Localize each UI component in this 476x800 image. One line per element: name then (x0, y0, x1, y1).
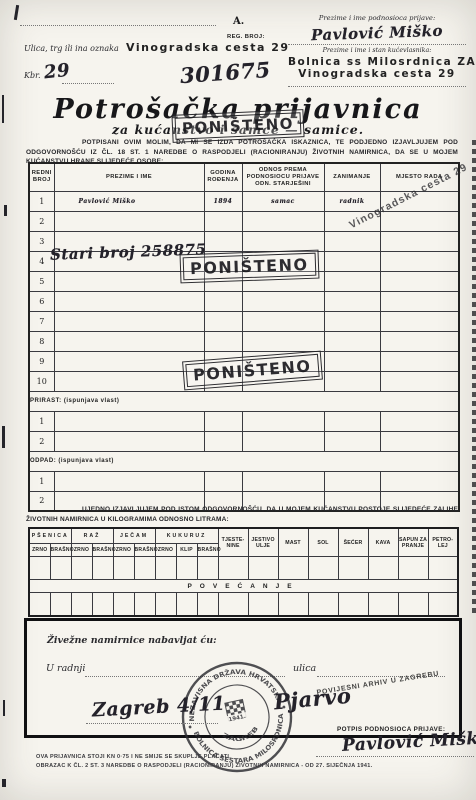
person-cell-year (204, 211, 242, 231)
odpad-row-num: 1 (29, 471, 54, 491)
person-cell-occupation (324, 331, 380, 351)
scan-artifact (3, 700, 5, 716)
supply-value-cell (92, 593, 113, 617)
supply-col-label: SOL (308, 528, 338, 557)
blank-line (20, 24, 216, 26)
person-cell-name: Pavlović Miško (54, 191, 204, 211)
scan-artifact (2, 779, 6, 787)
supply-value-cell (29, 557, 50, 580)
landlord-stamp-line2: Vinogradska cesta 29 (288, 68, 466, 80)
person-cell-num: 2 (29, 211, 54, 231)
street-label: Ulica, trg ili ina oznaka (24, 44, 119, 53)
scan-artifact (14, 5, 19, 20)
prirast-row: 1 (29, 411, 459, 431)
person-cell-workplace (380, 291, 459, 311)
person-cell-num: 8 (29, 331, 54, 351)
empty-cell (242, 431, 324, 451)
supply-value-cell (113, 557, 134, 580)
col-redni-broj: REDNI BROJ (29, 163, 54, 191)
scan-artifact (4, 205, 7, 216)
person-cell-occupation (324, 351, 380, 371)
supply-value-cell (176, 593, 197, 617)
supply-value-cell (368, 593, 398, 617)
stamp-dot (188, 725, 191, 728)
ulica-label: ulica (293, 663, 316, 674)
person-cell-year (204, 311, 242, 331)
kbr-label: Kbr. (24, 71, 41, 80)
supply-value-cell (278, 557, 308, 580)
person-cell-name (54, 211, 204, 231)
supply-value-cell (218, 593, 248, 617)
form-letter: A. (233, 16, 244, 27)
person-cell-occupation (324, 371, 380, 391)
person-cell-relation (242, 311, 324, 331)
supply-subcol-label: ZRNO (155, 544, 176, 557)
person-cell-workplace (380, 231, 459, 251)
empty-cell (380, 431, 459, 451)
odpad-label: ODPAD: (ispunjava vlast) (29, 451, 459, 471)
person-cell-workplace (380, 211, 459, 231)
person-cell-workplace (380, 331, 459, 351)
supply-value-cell (176, 557, 197, 580)
supply-subcol-label: ZRNO (71, 544, 92, 557)
person-cell-occupation (324, 251, 380, 271)
person-cell-relation (242, 331, 324, 351)
supply-value-cell (248, 593, 278, 617)
scan-artifact (2, 426, 5, 448)
person-cell-occupation (324, 271, 380, 291)
landlord-stamp-line1: Bolnica ss Milosrdnica ZAGREB (288, 56, 466, 68)
footer-note-2: OBRAZAC K ČL. 2 ST. 3 NAREDBE O RASPODJE… (36, 763, 372, 769)
supply-col-label: PETRO-LEJ (428, 528, 458, 557)
person-cell-name (54, 371, 204, 391)
person-row-8: 8 (29, 331, 459, 351)
supply-value-cell (428, 557, 458, 580)
empty-cell (204, 411, 242, 431)
person-cell-relation (242, 291, 324, 311)
person-cell-occupation (324, 311, 380, 331)
person-cell-year (204, 291, 242, 311)
col-odnos: ODNOS PREMA PODNOSIOCU PRIJAVE ODN. STAR… (242, 163, 324, 191)
supply-col-label: SAPUN ZA PRANJE (398, 528, 428, 557)
empty-cell (324, 411, 380, 431)
supply-value-cell (71, 593, 92, 617)
povecanje-label: POVEĆANJE (29, 580, 458, 593)
col-zanimanje: ZANIMANJE (324, 163, 380, 191)
supply-value-cell (50, 557, 71, 580)
prirast-label: PRIRAST: (ispunjava vlast) (29, 391, 459, 411)
supply-subcol-label: ZRNO (113, 544, 134, 557)
supply-value-cell (29, 593, 50, 617)
person-cell-name (54, 311, 204, 331)
person-cell-num: 9 (29, 351, 54, 371)
supply-value-cell (428, 593, 458, 617)
blank-line (288, 85, 466, 87)
supply-col-label: MAST (278, 528, 308, 557)
person-cell-name (54, 331, 204, 351)
odpad-band: ODPAD: (ispunjava vlast) (29, 451, 459, 471)
supply-value-cell (398, 593, 428, 617)
person-cell-num: 5 (29, 271, 54, 291)
footer-note-1: OVA PRIJAVNICA STOJI KN 0·75 I NE SMIJE … (36, 754, 231, 760)
person-cell-num: 10 (29, 371, 54, 391)
supply-value-cell (248, 557, 278, 580)
empty-cell (380, 471, 459, 491)
reg-broj-handwritten: 301675 (179, 57, 271, 88)
supply-col-label: RAŽ (71, 528, 113, 544)
supply-value-cell (113, 593, 134, 617)
supply-value-cell (71, 557, 92, 580)
prirast-band: PRIRAST: (ispunjava vlast) (29, 391, 459, 411)
empty-cell (242, 471, 324, 491)
supplies-header-row1: PŠENICARAŽJEČAMKUKURUZTJESTE-NINEJESTIVO… (29, 528, 458, 544)
supplies-table: PŠENICARAŽJEČAMKUKURUZTJESTE-NINEJESTIVO… (28, 527, 459, 617)
empty-cell (54, 431, 204, 451)
supplies-value-row (29, 557, 458, 580)
supply-subcol-label: KLIP (176, 544, 197, 557)
supply-col-label: JESTIVO ULJE (248, 528, 278, 557)
supply-subcol-label: BRAŠNO (50, 544, 71, 557)
prirast-row: 2 (29, 431, 459, 451)
supply-value-cell (155, 557, 176, 580)
person-cell-workplace (380, 371, 459, 391)
person-cell-occupation (324, 231, 380, 251)
person-cell-workplace (380, 311, 459, 331)
supply-col-label: ŠEĆER (338, 528, 368, 557)
supply-col-label: PŠENICA (29, 528, 71, 544)
person-cell-relation: samac (242, 191, 324, 211)
col-godina: GODINA ROĐENJA (204, 163, 242, 191)
supply-col-label: KAVA (368, 528, 398, 557)
person-cell-workplace (380, 351, 459, 371)
signature-blank-line (316, 755, 474, 757)
empty-cell (54, 411, 204, 431)
supplies-value-row (29, 593, 458, 617)
supply-value-cell (278, 593, 308, 617)
supply-col-label: KUKURUZ (155, 528, 218, 544)
shop-label: U radnji (46, 663, 85, 674)
person-cell-relation (242, 231, 324, 251)
blank-line (62, 82, 114, 84)
empty-cell (204, 471, 242, 491)
person-cell-workplace (380, 251, 459, 271)
supply-value-cell (218, 557, 248, 580)
supply-value-cell (398, 557, 428, 580)
supplies-declaration-text: UJEDNO IZJAVLJUJEM POD ISTOM ODGOVORNOŠĆ… (26, 505, 458, 524)
col-prezime-ime: PREZIME I IME (54, 163, 204, 191)
person-cell-name (54, 291, 204, 311)
person-cell-occupation (324, 291, 380, 311)
reg-broj-label: REG. BROJ: (227, 34, 265, 40)
person-cell-year (204, 331, 242, 351)
person-cell-workplace (380, 271, 459, 291)
persons-table: REDNI BROJ PREZIME I IME GODINA ROĐENJA … (28, 162, 460, 512)
supply-value-cell (308, 557, 338, 580)
empty-cell (204, 431, 242, 451)
supply-value-cell (50, 593, 71, 617)
person-cell-num: 7 (29, 311, 54, 331)
supply-value-cell (92, 557, 113, 580)
supply-value-cell (134, 557, 155, 580)
supply-value-cell (197, 593, 218, 617)
supply-value-cell (338, 593, 368, 617)
procurement-intro: Živežne namirnice nabavljat ću: (47, 635, 217, 646)
applicant-block: Prezime i ime podnosioca prijave: Pavlov… (288, 14, 466, 87)
empty-cell (54, 471, 204, 491)
supply-value-cell (197, 557, 218, 580)
person-row-2: 2 (29, 211, 459, 231)
person-row-7: 7 (29, 311, 459, 331)
supply-col-label: TJESTE-NINE (218, 528, 248, 557)
odpad-row: 1 (29, 471, 459, 491)
supply-value-cell (338, 557, 368, 580)
empty-cell (324, 431, 380, 451)
scan-edge-perforation (472, 140, 476, 615)
empty-cell (324, 471, 380, 491)
supply-subcol-label: ZRNO (29, 544, 50, 557)
supply-col-label: JEČAM (113, 528, 155, 544)
persons-header-row: REDNI BROJ PREZIME I IME GODINA ROĐENJA … (29, 163, 459, 191)
supply-value-cell (134, 593, 155, 617)
empty-cell (380, 411, 459, 431)
person-cell-relation (242, 211, 324, 231)
supply-value-cell (308, 593, 338, 617)
supply-subcol-label: BRAŠNO (134, 544, 155, 557)
prirast-row-num: 2 (29, 431, 54, 451)
empty-cell (242, 411, 324, 431)
ponisteno-stamp: PONIŠTENO (180, 250, 319, 284)
date-blank-line (86, 722, 218, 724)
person-cell-year (204, 231, 242, 251)
person-row-6: 6 (29, 291, 459, 311)
kbr-handwritten: 29 (43, 60, 71, 84)
landlord-label: Prezime i ime i stan kućevlasnika: (288, 47, 466, 54)
prirast-row-num: 1 (29, 411, 54, 431)
supply-value-cell (368, 557, 398, 580)
scanned-form-page: A. REG. BROJ: 301675 Ulica, trg ili ina … (0, 0, 476, 800)
supply-subcol-label: BRAŠNO (92, 544, 113, 557)
supply-value-cell (155, 593, 176, 617)
street-value: Vinogradska cesta 29 (126, 41, 290, 54)
applicant-name-handwritten: Pavlović Miško (288, 21, 467, 45)
person-cell-year: 1894 (204, 191, 242, 211)
supply-subcol-label: BRAŠNO (197, 544, 218, 557)
person-cell-num: 1 (29, 191, 54, 211)
povecanje-band: POVEĆANJE (29, 580, 458, 593)
person-cell-num: 6 (29, 291, 54, 311)
